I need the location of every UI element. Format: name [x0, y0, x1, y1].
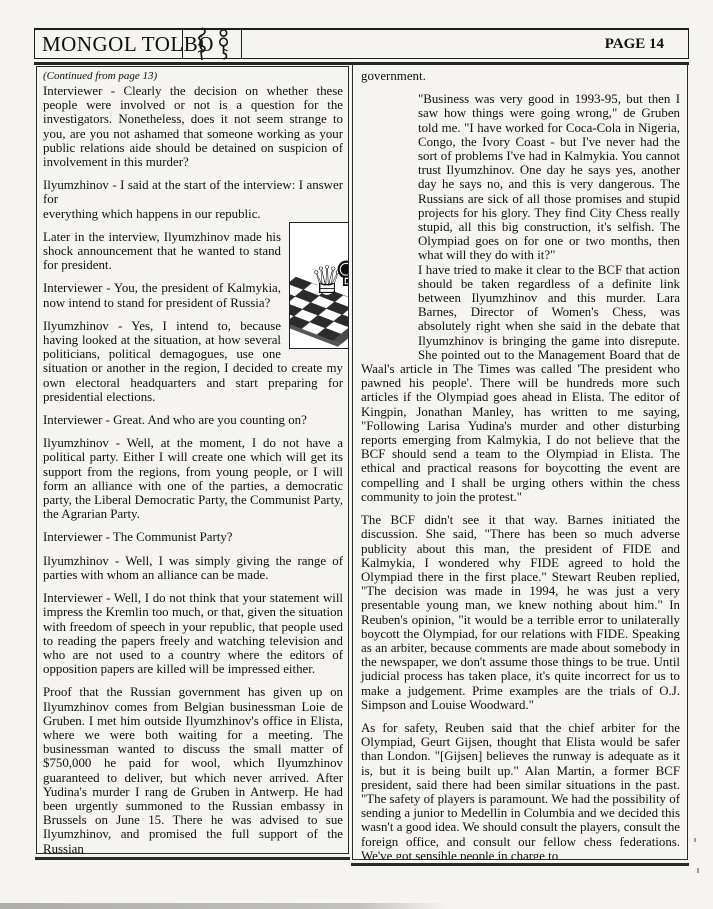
paragraph: government.: [361, 69, 680, 83]
mongolian-glyph-1: [195, 27, 208, 61]
masthead: MONGOL TOLBO PAGE 14: [34, 28, 689, 59]
paragraph: Ilyumzhinov - Well, I was simply giving …: [43, 554, 343, 582]
page-number: PAGE 14: [242, 30, 689, 58]
scan-speck: [697, 868, 699, 873]
chessboard-drawing: ♚ ♕ ♘: [290, 223, 349, 347]
paragraph: Interviewer - Well, I do not think that …: [43, 591, 343, 676]
mongolian-glyph-2: [217, 27, 230, 61]
paragraph: Ilyumzhinov - Well, at the moment, I do …: [43, 436, 343, 521]
paragraph: Interviewer - The Communist Party?: [43, 530, 343, 544]
paragraph: Interviewer - Clearly the decision on wh…: [43, 84, 343, 169]
scan-edge-artifact: [0, 903, 447, 909]
newsletter-title: MONGOL TOLBO: [34, 30, 182, 58]
paragraph: Ilyumzhinov - I said at the start of the…: [43, 178, 343, 206]
white-queen-icon: ♕: [310, 258, 344, 302]
image-wrap-spacer: [361, 223, 411, 354]
right-column-bottom-rule: [351, 863, 689, 866]
paragraph: The BCF didn't see it that way. Barnes i…: [361, 513, 680, 712]
paragraph: As for safety, Reuben said that the chie…: [361, 721, 680, 860]
paragraph: everything which happens in our republic…: [43, 207, 343, 221]
left-column-bottom-rule: [35, 857, 350, 860]
scan-speck: [694, 838, 696, 842]
left-column: (Continued from page 13)Interviewer - Cl…: [36, 66, 349, 854]
chess-illustration: ♚ ♕ ♘: [289, 222, 349, 349]
paragraph: Proof that the Russian government has gi…: [43, 685, 343, 854]
right-column: government."Business was very good in 19…: [352, 63, 688, 860]
paragraph: Interviewer - Great. And who are you cou…: [43, 413, 343, 427]
mongolian-script-icon: [182, 30, 242, 58]
newsletter-page: MONGOL TOLBO PAGE 14 (Continued from pag…: [0, 0, 713, 909]
continued-from-note: (Continued from page 13): [43, 70, 343, 83]
